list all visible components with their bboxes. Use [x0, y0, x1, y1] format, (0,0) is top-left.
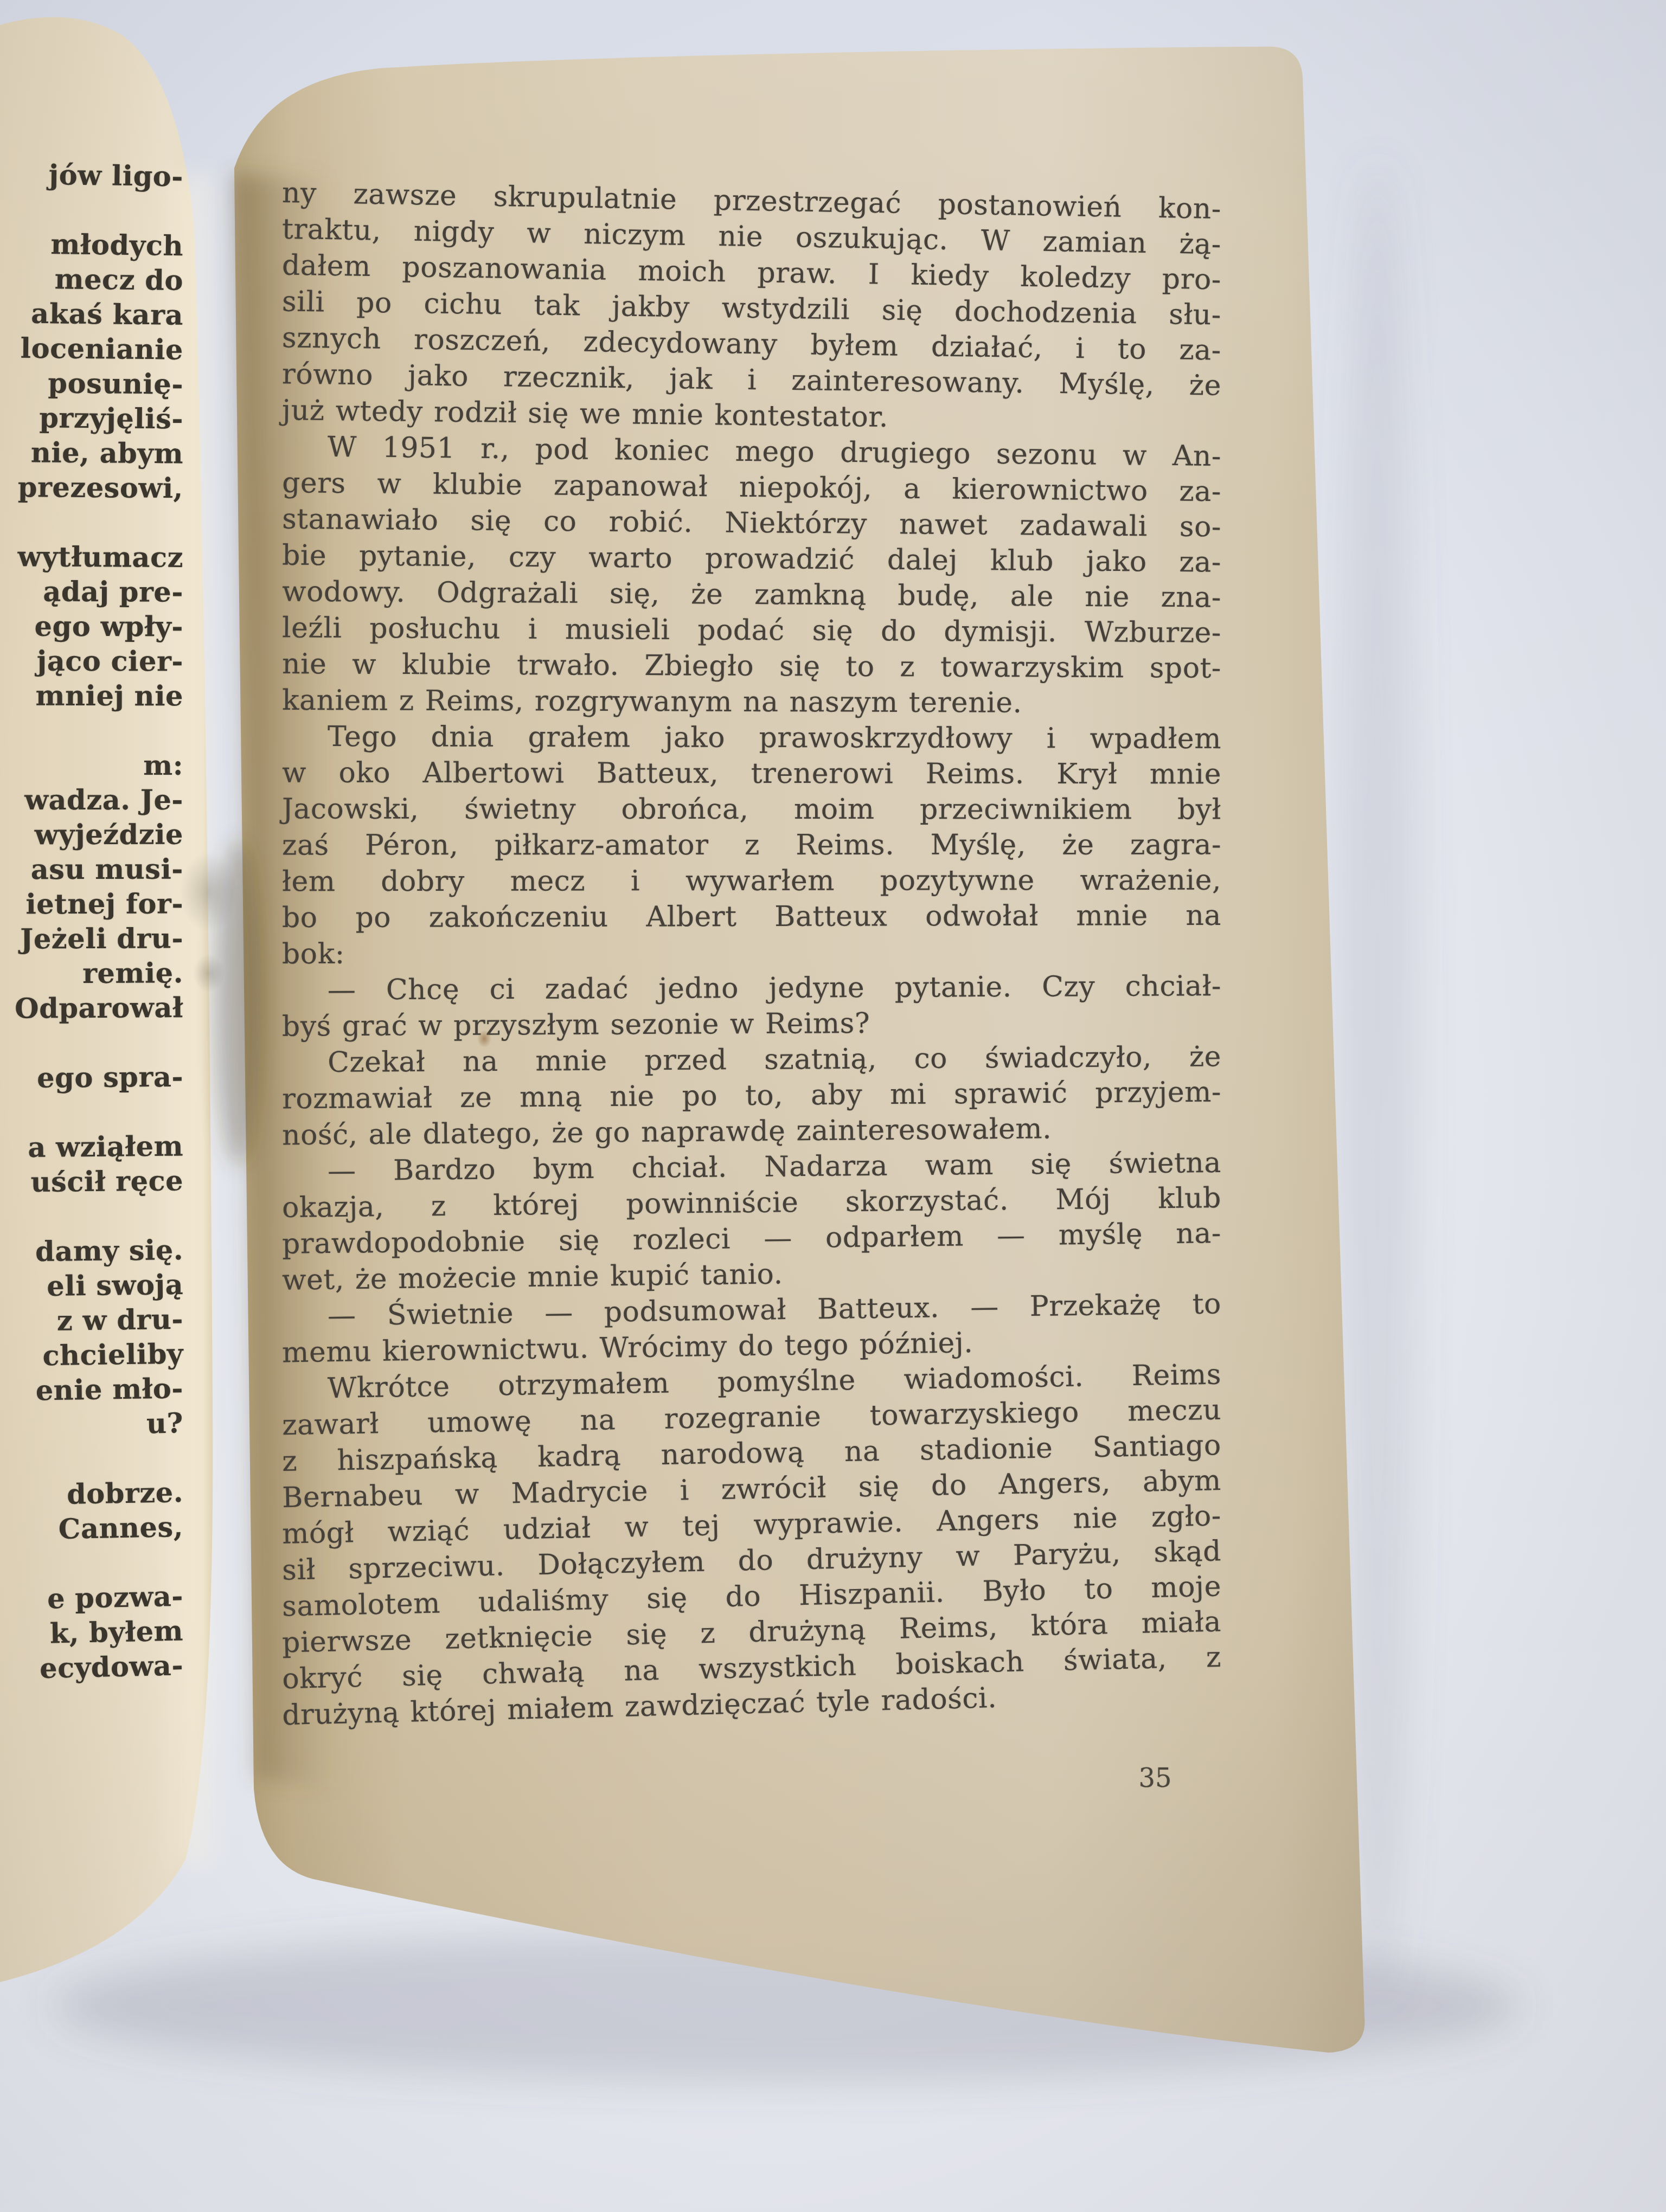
text-fragment-line: locenianie — [0, 331, 183, 367]
text-fragment-line: eli swoją — [0, 1268, 183, 1304]
text-line: byś grać w przyszłym sezonie w Reims? — [282, 1004, 1221, 1044]
text-fragment-line: ecydowa- — [0, 1648, 184, 1687]
text-fragment-line — [0, 1095, 183, 1131]
text-line: łem dobry mecz i wywarłem pozytywne wraż… — [282, 863, 1221, 900]
text-fragment-line: mecz do — [0, 261, 183, 298]
text-line: zaś Péron, piłkarz-amator z Reims. Myślę… — [282, 827, 1221, 864]
text-fragment-line: a wziąłem — [0, 1129, 183, 1165]
paper-stain — [193, 954, 225, 992]
text-fragment-line: e pozwa- — [0, 1579, 184, 1618]
text-line: wodowy. Odgrażali się, że zamkną budę, a… — [282, 574, 1221, 615]
paper-stain — [179, 851, 239, 933]
text-fragment-line: ietnej for- — [0, 886, 183, 922]
text-fragment-line: ego wpły- — [0, 609, 183, 644]
text-fragment-line: posunię- — [0, 365, 183, 402]
text-fragment-line — [0, 1025, 183, 1061]
text-fragment-line: Odparował — [0, 991, 183, 1026]
text-line: Jacowski, świetny obrońca, moim przeciwn… — [282, 792, 1221, 828]
text-line: leźli posłuchu i musieli podać się do dy… — [282, 610, 1221, 651]
text-fragment-line — [0, 1198, 183, 1235]
text-fragment-line: nie, abym — [0, 435, 183, 472]
text-fragment-line — [0, 505, 183, 541]
text-fragment-line: u? — [0, 1406, 183, 1443]
left-page-text-fragments: jów ligo-młodychmecz doakaś karalocenian… — [0, 158, 183, 1685]
right-page-text: ny zawsze skrupulatnie przestrzegać post… — [282, 183, 1221, 1722]
text-fragment-line — [0, 1545, 184, 1583]
text-line: bie pytanie, czy warto prowadzić dalej k… — [282, 538, 1221, 581]
text-fragment-line: remię. — [0, 956, 183, 992]
text-fragment-line: damy się. — [0, 1233, 183, 1270]
paper-speck — [477, 1030, 491, 1047]
text-fragment-line: z w dru- — [0, 1302, 183, 1339]
text-fragment-line: ego spra- — [0, 1060, 183, 1096]
text-line: Czekał na mnie przed szatnią, co świadcz… — [282, 1039, 1221, 1081]
page-number: 35 — [1090, 1763, 1220, 1793]
text-fragment-line: dobrze. — [0, 1475, 184, 1513]
text-line: Tego dnia grałem jako prawoskrzydłowy i … — [282, 719, 1221, 757]
text-line: bok: — [282, 933, 1221, 972]
text-fragment-line: Jeżeli dru- — [0, 921, 183, 956]
text-fragment-line: mniej nie — [0, 679, 183, 714]
text-line: bo po zakończeniu Albert Batteux odwołał… — [282, 898, 1221, 936]
text-fragment-line: uścił ręce — [0, 1163, 183, 1200]
text-fragment-line: jąco cier- — [0, 644, 183, 679]
text-line: nie w klubie trwało. Zbiegło się to z to… — [282, 646, 1221, 686]
text-fragment-line: ądaj pre- — [0, 574, 183, 609]
text-fragment-line: chcieliby — [0, 1337, 183, 1374]
text-fragment-line — [0, 713, 183, 748]
text-fragment-line: m: — [0, 748, 183, 783]
text-fragment-line — [0, 1441, 183, 1478]
text-fragment-line: Cannes, — [0, 1510, 184, 1548]
text-line: w oko Albertowi Batteux, trenerowi Reims… — [282, 755, 1221, 793]
text-fragment-line: przyjęliś- — [0, 401, 183, 437]
text-fragment-line: wadza. Je- — [0, 783, 183, 818]
text-fragment-line: asu musi- — [0, 852, 183, 888]
text-fragment-line — [0, 192, 183, 229]
text-fragment-line: wyjeździe — [0, 818, 183, 852]
text-fragment-line: prezesowi, — [0, 470, 183, 506]
text-line: — Chcę ci zadać jedno jedyne pytanie. Cz… — [282, 968, 1221, 1008]
text-fragment-line: k, byłem — [0, 1614, 184, 1652]
text-line: kaniem z Reims, rozgrywanym na naszym te… — [282, 683, 1221, 722]
open-book-photo: jów ligo-młodychmecz doakaś karalocenian… — [0, 0, 1666, 2212]
text-fragment-line: enie mło- — [0, 1371, 183, 1409]
text-fragment-line: młodych — [0, 227, 183, 263]
text-fragment-line: wytłumacz — [0, 539, 183, 575]
text-fragment-line: akaś kara — [0, 296, 183, 333]
text-fragment-line: jów ligo- — [0, 157, 183, 195]
